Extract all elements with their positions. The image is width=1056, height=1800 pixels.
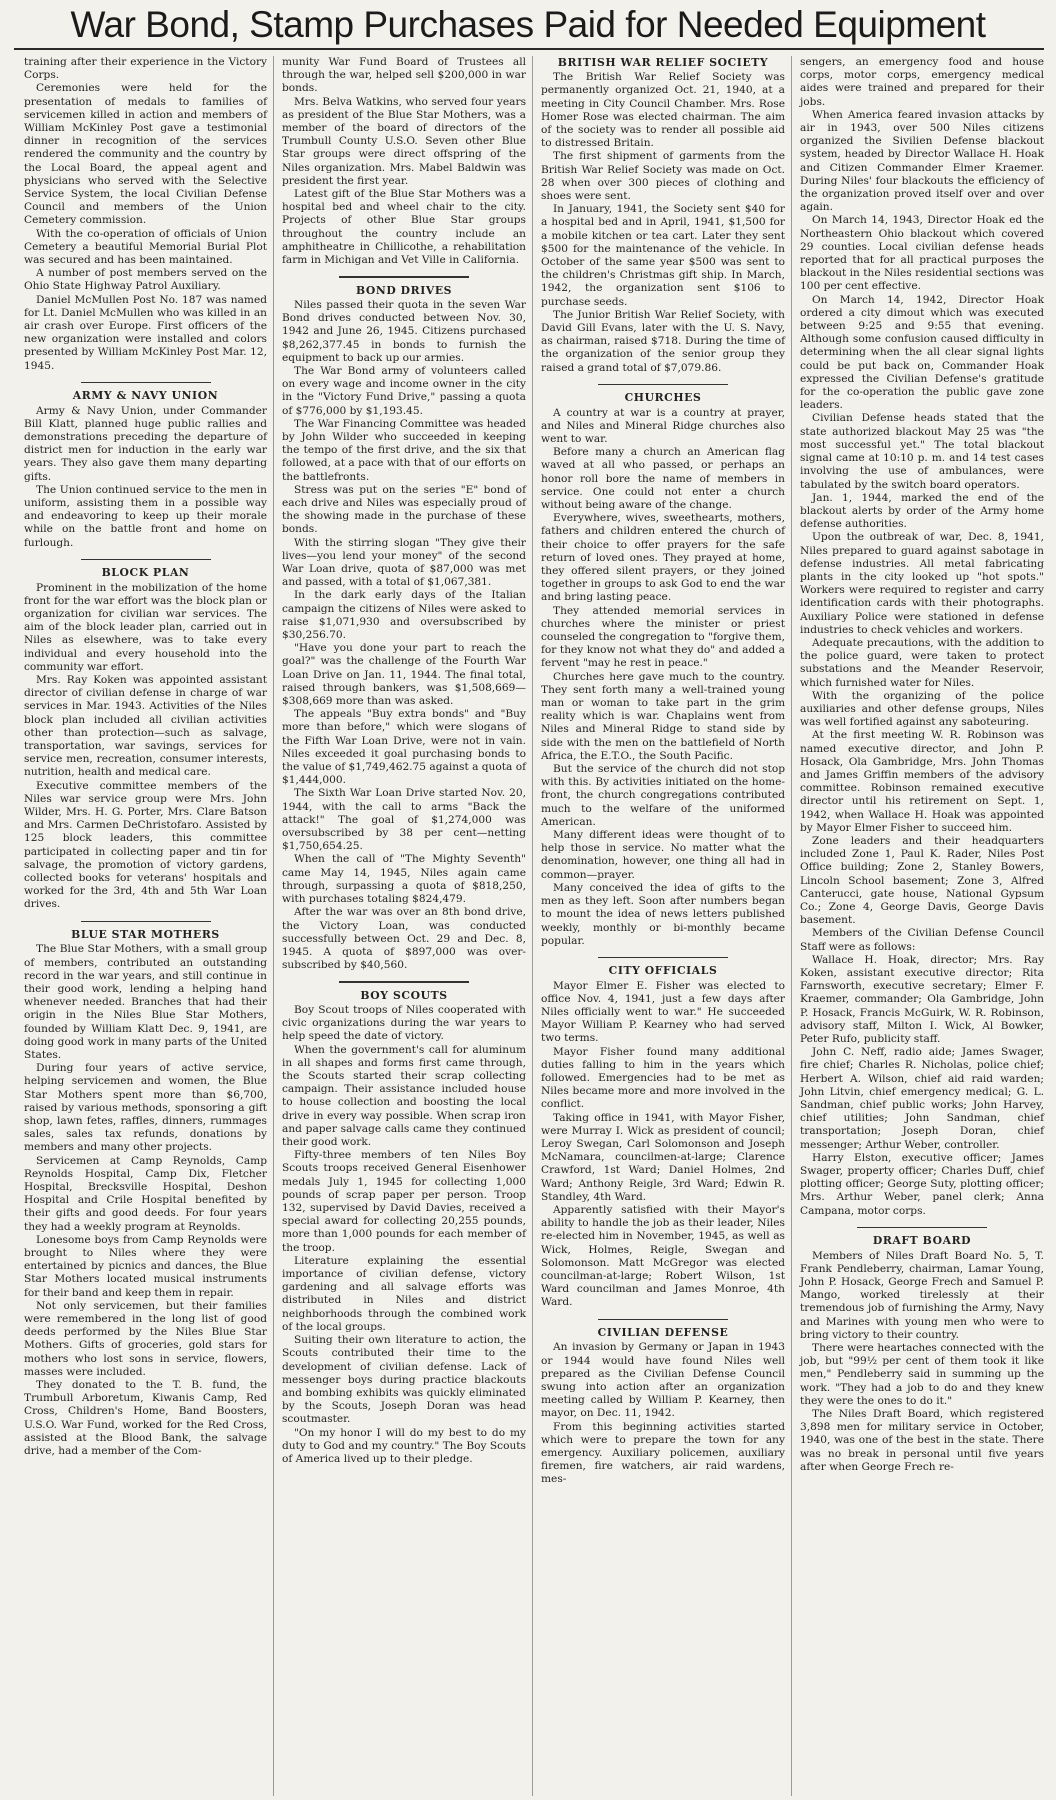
section-heading: BOND DRIVES [282,284,526,297]
paragraph: With the stirring slogan "They give thei… [282,537,526,590]
paragraph: When America feared invasion attacks by … [800,109,1044,215]
paragraph: John C. Neff, radio aide; James Swager, … [800,1046,1044,1152]
column-4: sengers, an emergency food and house cor… [791,56,1050,1796]
paragraph: With the organizing of the police auxili… [800,690,1044,730]
paragraph: The British War Relief Society was perma… [541,71,785,150]
paragraph: Latest gift of the Blue Star Mothers was… [282,188,526,267]
paragraph: With the co-operation of officials of Un… [24,228,267,268]
section-heading: ARMY & NAVY UNION [24,389,267,402]
newspaper-page: War Bond, Stamp Purchases Paid for Neede… [0,0,1056,1800]
section-heading: DRAFT BOARD [800,1234,1044,1247]
column-1: training after their experience in the V… [14,56,273,1796]
paragraph: When the call of "The Mighty Seventh" ca… [282,853,526,906]
article-section: BRITISH WAR RELIEF SOCIETYThe British Wa… [541,56,785,375]
paragraph: Mayor Fisher found many additional dutie… [541,1046,785,1112]
paragraph: On March 14, 1943, Director Hoak ed the … [800,214,1044,293]
article-section: BLOCK PLANProminent in the mobilization … [24,559,267,912]
paragraph: Members of the Civilian Defense Council … [800,927,1044,953]
section-divider [339,981,469,983]
paragraph: Mrs. Belva Watkins, who served four year… [282,96,526,188]
paragraph: On March 14, 1942, Director Hoak ordered… [800,294,1044,413]
paragraph: The Sixth War Loan Drive started Nov. 20… [282,787,526,853]
paragraph: Niles passed their quota in the seven Wa… [282,299,526,365]
headline: War Bond, Stamp Purchases Paid for Neede… [0,4,1056,46]
column-2: munity War Fund Board of Trustees all th… [273,56,532,1796]
paragraph: Many different ideas were thought of to … [541,829,785,882]
paragraph: Apparently satisfied with their Mayor's … [541,1204,785,1310]
article-section: munity War Fund Board of Trustees all th… [282,56,526,267]
paragraph: Zone leaders and their headquarters incl… [800,835,1044,927]
paragraph: Prominent in the mobilization of the hom… [24,582,267,674]
paragraph: The first shipment of garments from the … [541,150,785,203]
paragraph: Stress was put on the series "E" bond of… [282,484,526,537]
article-section: CITY OFFICIALSMayor Elmer E. Fisher was … [541,957,785,1310]
article-section: training after their experience in the V… [24,56,267,373]
paragraph: training after their experience in the V… [24,56,267,82]
article-columns: training after their experience in the V… [14,56,1050,1796]
paragraph: Mayor Elmer E. Fisher was elected to off… [541,980,785,1046]
paragraph: Ceremonies were held for the presentatio… [24,82,267,227]
section-heading: BOY SCOUTS [282,989,526,1002]
paragraph: munity War Fund Board of Trustees all th… [282,56,526,96]
section-heading: CHURCHES [541,391,785,404]
article-section: CIVILIAN DEFENSEAn invasion by Germany o… [541,1319,785,1487]
paragraph: Wallace H. Hoak, director; Mrs. Ray Koke… [800,954,1044,1046]
article-section: BOND DRIVESNiles passed their quota in t… [282,276,526,972]
article-section: sengers, an emergency food and house cor… [800,56,1044,1218]
paragraph: "Have you done your part to reach the go… [282,642,526,708]
paragraph: Jan. 1, 1944, marked the end of the blac… [800,492,1044,532]
section-divider [598,384,728,386]
paragraph: They attended memorial services in churc… [541,605,785,671]
section-divider [81,921,211,923]
article-section: DRAFT BOARDMembers of Niles Draft Board … [800,1227,1044,1474]
paragraph: Everywhere, wives, sweethearts, mothers,… [541,512,785,604]
section-divider [339,276,469,278]
headline-rule [14,48,1044,50]
paragraph: A number of post members served on the O… [24,267,267,293]
article-section: BLUE STAR MOTHERSThe Blue Star Mothers, … [24,921,267,1459]
paragraph: The Union continued service to the men i… [24,484,267,550]
section-divider [81,559,211,561]
paragraph: Upon the outbreak of war, Dec. 8, 1941, … [800,531,1044,637]
paragraph: sengers, an emergency food and house cor… [800,56,1044,109]
article-section: BOY SCOUTSBoy Scout troops of Niles coop… [282,981,526,1466]
paragraph: In the dark early days of the Italian ca… [282,589,526,642]
paragraph: In January, 1941, the Society sent $40 f… [541,203,785,309]
paragraph: During four years of active service, hel… [24,1062,267,1154]
paragraph: Boy Scout troops of Niles cooperated wit… [282,1004,526,1044]
section-heading: CIVILIAN DEFENSE [541,1326,785,1339]
paragraph: From this beginning activities started w… [541,1421,785,1487]
paragraph: Servicemen at Camp Reynolds, Camp Reynol… [24,1155,267,1234]
section-divider [857,1227,987,1229]
section-divider [598,957,728,959]
paragraph: Before many a church an American flag wa… [541,446,785,512]
paragraph: Lonesome boys from Camp Reynolds were br… [24,1234,267,1300]
paragraph: The Junior British War Relief Society, w… [541,309,785,375]
paragraph: Suiting their own literature to action, … [282,1334,526,1426]
article-section: CHURCHESA country at war is a country at… [541,384,785,948]
paragraph: Daniel McMullen Post No. 187 was named f… [24,294,267,373]
paragraph: The appeals "Buy extra bonds" and "Buy m… [282,708,526,787]
paragraph: The War Financing Committee was headed b… [282,418,526,484]
paragraph: The Blue Star Mothers, with a small grou… [24,943,267,1062]
paragraph: Fifty-three members of ten Niles Boy Sco… [282,1149,526,1255]
article-section: ARMY & NAVY UNIONArmy & Navy Union, unde… [24,382,267,550]
paragraph: Adequate precautions, with the addition … [800,637,1044,690]
column-3: BRITISH WAR RELIEF SOCIETYThe British Wa… [532,56,791,1796]
paragraph: A country at war is a country at prayer,… [541,407,785,447]
paragraph: Churches here gave much to the country. … [541,671,785,763]
paragraph: The War Bond army of volunteers called o… [282,365,526,418]
paragraph: "On my honor I will do my best to do my … [282,1427,526,1467]
paragraph: Many conceived the idea of gifts to the … [541,882,785,948]
paragraph: Civilian Defense heads stated that the s… [800,412,1044,491]
paragraph: Literature explaining the essential impo… [282,1255,526,1334]
paragraph: When the government's call for aluminum … [282,1044,526,1150]
section-heading: CITY OFFICIALS [541,964,785,977]
paragraph: Members of Niles Draft Board No. 5, T. F… [800,1250,1044,1342]
paragraph: Army & Navy Union, under Commander Bill … [24,405,267,484]
paragraph: At the first meeting W. R. Robinson was … [800,729,1044,835]
section-heading: BRITISH WAR RELIEF SOCIETY [541,56,785,69]
paragraph: Harry Elston, executive officer; James S… [800,1152,1044,1218]
paragraph: After the war was over an 8th bond drive… [282,906,526,972]
section-divider [81,382,211,384]
paragraph: Taking office in 1941, with Mayor Fisher… [541,1112,785,1204]
section-divider [598,1319,728,1321]
section-heading: BLOCK PLAN [24,566,267,579]
paragraph: Not only servicemen, but their families … [24,1300,267,1379]
paragraph: Mrs. Ray Koken was appointed assistant d… [24,674,267,780]
paragraph: Executive committee members of the Niles… [24,780,267,912]
paragraph: But the service of the church did not st… [541,763,785,829]
paragraph: There were heartaches connected with the… [800,1342,1044,1408]
paragraph: The Niles Draft Board, which registered … [800,1408,1044,1474]
paragraph: An invasion by Germany or Japan in 1943 … [541,1341,785,1420]
paragraph: They donated to the T. B. fund, the Trum… [24,1379,267,1458]
section-heading: BLUE STAR MOTHERS [24,928,267,941]
